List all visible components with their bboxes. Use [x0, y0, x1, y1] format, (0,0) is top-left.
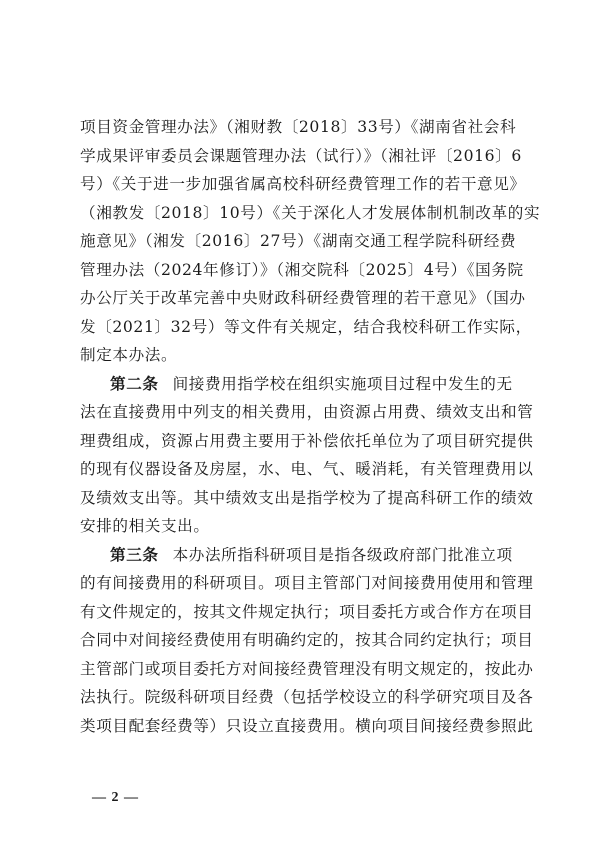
article-label: 第三条 — [110, 541, 159, 570]
text-line: 学成果评审委员会课题管理办法（试行）》（湘社评〔2016〕6 — [80, 142, 522, 171]
text-line: 类项目配套经费等）只设立直接费用。横向项目间接经费参照此 — [80, 712, 522, 741]
text-line: 及绩效支出等。其中绩效支出是指学校为了提高科研工作的绩效 — [80, 484, 522, 513]
text-line: 的有间接费用的科研项目。项目主管部门对间接费用使用和管理 — [80, 569, 522, 598]
text-line: 合同中对间接经费使用有明确约定的，按其合同约定执行；项目 — [80, 626, 522, 655]
text-line: 发〔2021〕32号）等文件有关规定，结合我校科研工作实际， — [80, 313, 522, 342]
page-number: — 2 — — [92, 790, 139, 806]
article-2-heading-line: 第二条 间接费用指学校在组织实施项目过程中发生的无 — [80, 370, 522, 399]
text-line: 理费组成，资源占用费主要用于补偿依托单位为了项目研究提供 — [80, 427, 522, 456]
article-3-heading-line: 第三条 本办法所指科研项目是指各级政府部门批准立项 — [80, 541, 522, 570]
document-body: 项目资金管理办法》（湘财教〔2018〕33号）《湖南省社会科 学成果评审委员会课… — [80, 113, 522, 740]
text-line: 安排的相关支出。 — [80, 512, 522, 541]
text-line: 有文件规定的，按其文件规定执行；项目委托方或合作方在项目 — [80, 598, 522, 627]
text-line: （湘教发〔2018〕10号）《关于深化人才发展体制机制改革的实 — [80, 199, 522, 228]
text-line: 办公厅关于改革完善中央财政科研经费管理的若干意见》（国办 — [80, 284, 522, 313]
text-line: 法在直接费用中列支的相关费用，由资源占用费、绩效支出和管 — [80, 398, 522, 427]
text-line: 主管部门或项目委托方对间接经费管理没有明文规定的，按此办 — [80, 655, 522, 684]
text-line: 的现有仪器设备及房屋，水、电、气、暖消耗，有关管理费用以 — [80, 455, 522, 484]
document-page: 项目资金管理办法》（湘财教〔2018〕33号）《湖南省社会科 学成果评审委员会课… — [0, 0, 600, 848]
article-label: 第二条 — [110, 370, 159, 399]
text-line: 制定本办法。 — [80, 341, 522, 370]
text-line: 管理办法（2024年修订）》（湘交院科〔2025〕4号）《国务院 — [80, 256, 522, 285]
text-line: 法执行。院级科研项目经费（包括学校设立的科学研究项目及各 — [80, 683, 522, 712]
text-line: 施意见》（湘发〔2016〕27号）《湖南交通工程学院科研经费 — [80, 227, 522, 256]
text-line: 项目资金管理办法》（湘财教〔2018〕33号）《湖南省社会科 — [80, 113, 522, 142]
text-line: 号）《关于进一步加强省属高校科研经费管理工作的若干意见》 — [80, 170, 522, 199]
